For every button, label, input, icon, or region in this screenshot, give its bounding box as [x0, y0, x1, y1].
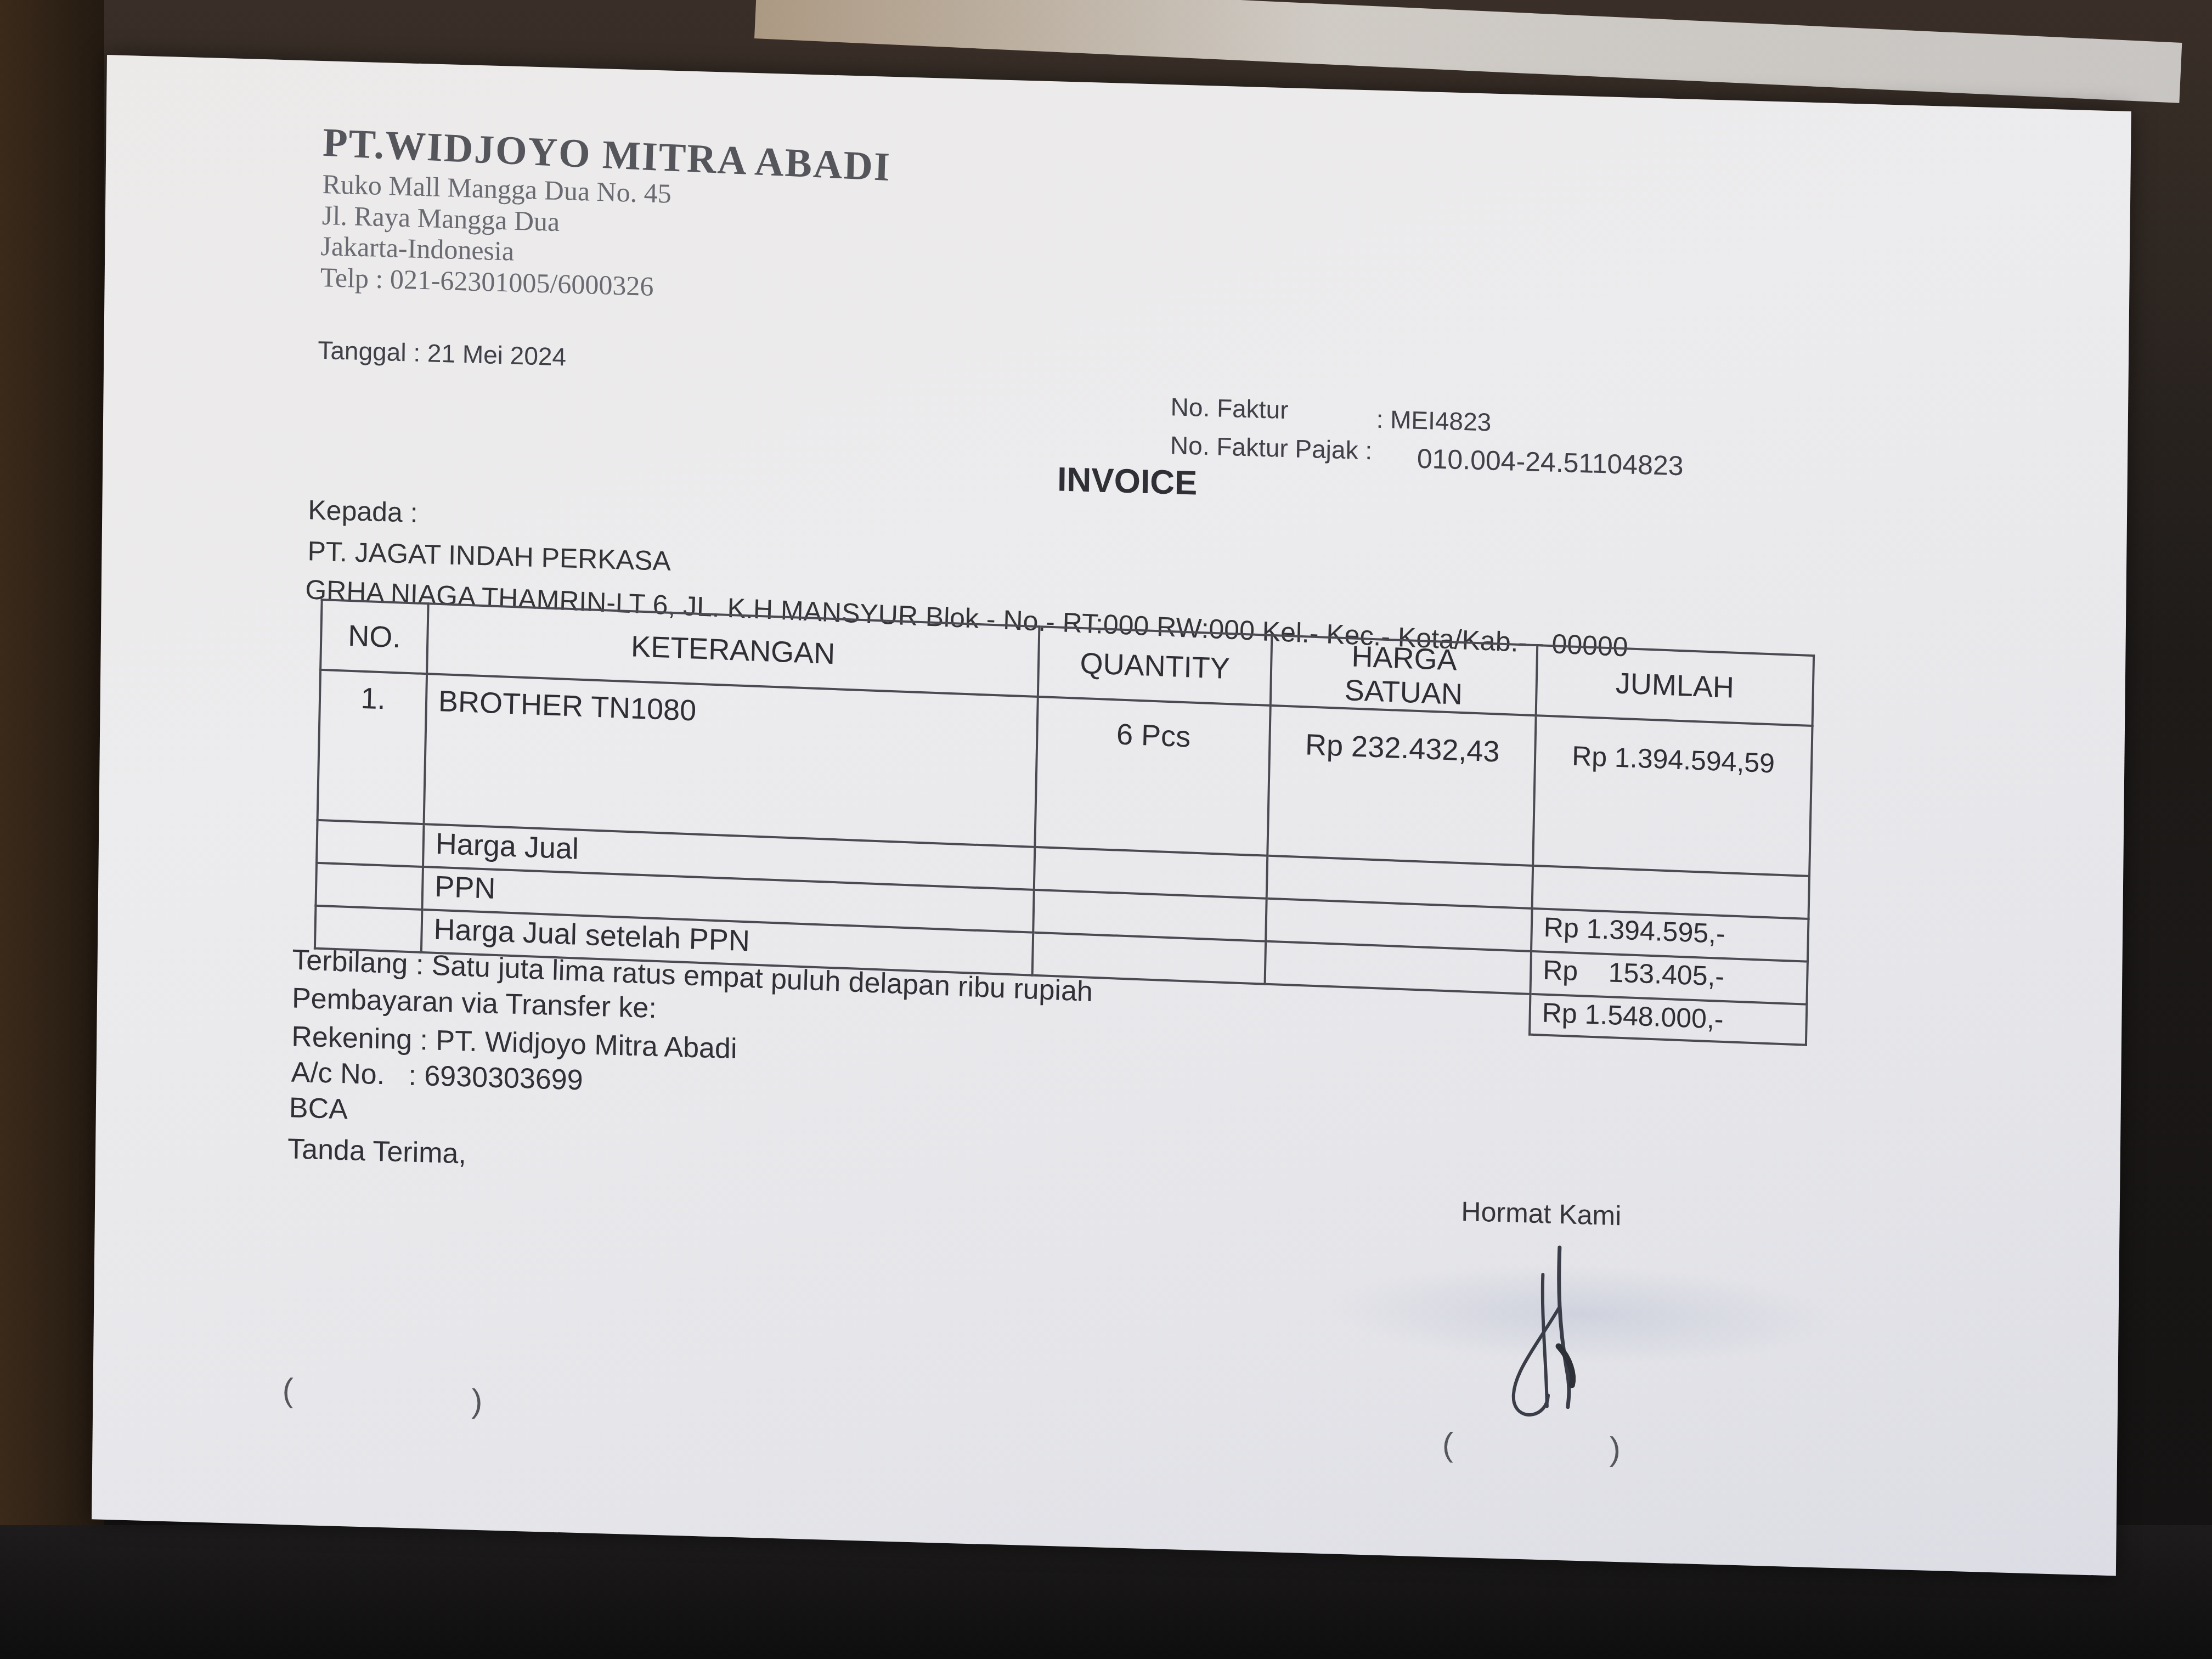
closing-label: Hormat Kami: [1461, 1195, 1621, 1232]
header-quantity: QUANTITY: [1038, 627, 1272, 706]
photo-scene: PT.WIDJOYO MITRA ABADI Ruko Mall Mangga …: [0, 0, 2212, 1659]
issuer-phone: Telp : 021-62301005/6000326: [320, 261, 654, 302]
item-keterangan: BROTHER TN1080: [424, 674, 1038, 847]
item-harga-satuan: Rp 232.432,43: [1267, 706, 1536, 866]
faktur-pajak-value: 010.004-24.51104823: [1417, 443, 1684, 482]
faktur-value: : MEI4823: [1376, 404, 1491, 437]
faktur-label: No. Faktur: [1170, 392, 1288, 425]
summary-empty-cell: [317, 820, 424, 867]
faktur-pajak-label: No. Faktur Pajak :: [1170, 430, 1373, 465]
signature-icon: [1476, 1240, 1620, 1425]
invoice-paper: PT.WIDJOYO MITRA ABADI Ruko Mall Mangga …: [92, 55, 2131, 1576]
background-surface-left: [0, 0, 104, 1659]
recipient-name: PT. JAGAT INDAH PERKASA: [307, 535, 671, 577]
item-quantity: 6 Pcs: [1035, 697, 1270, 856]
invoice-title: INVOICE: [1057, 460, 1198, 503]
item-no: 1.: [318, 670, 427, 824]
invoice-date: Tanggal : 21 Mei 2024: [318, 335, 566, 372]
receiver-signature-open-paren: (: [282, 1371, 294, 1409]
receipt-label: Tanda Terima,: [287, 1132, 466, 1170]
header-harga-satuan: HARGA SATUAN: [1271, 635, 1537, 715]
recipient-label: Kepada :: [308, 494, 418, 529]
header-no: NO.: [320, 600, 428, 674]
issuer-signature-open-paren: (: [1442, 1425, 1454, 1464]
header-jumlah: JUMLAH: [1536, 645, 1814, 726]
receiver-signature-close-paren: ): [471, 1382, 483, 1420]
item-jumlah: Rp 1.394.594,59: [1533, 715, 1812, 876]
issuer-signature-close-paren: ): [1610, 1430, 1621, 1469]
payment-account-number: A/c No. : 6930303699: [291, 1056, 583, 1097]
summary-empty-cell: [315, 863, 423, 910]
payment-bank: BCA: [289, 1091, 348, 1126]
